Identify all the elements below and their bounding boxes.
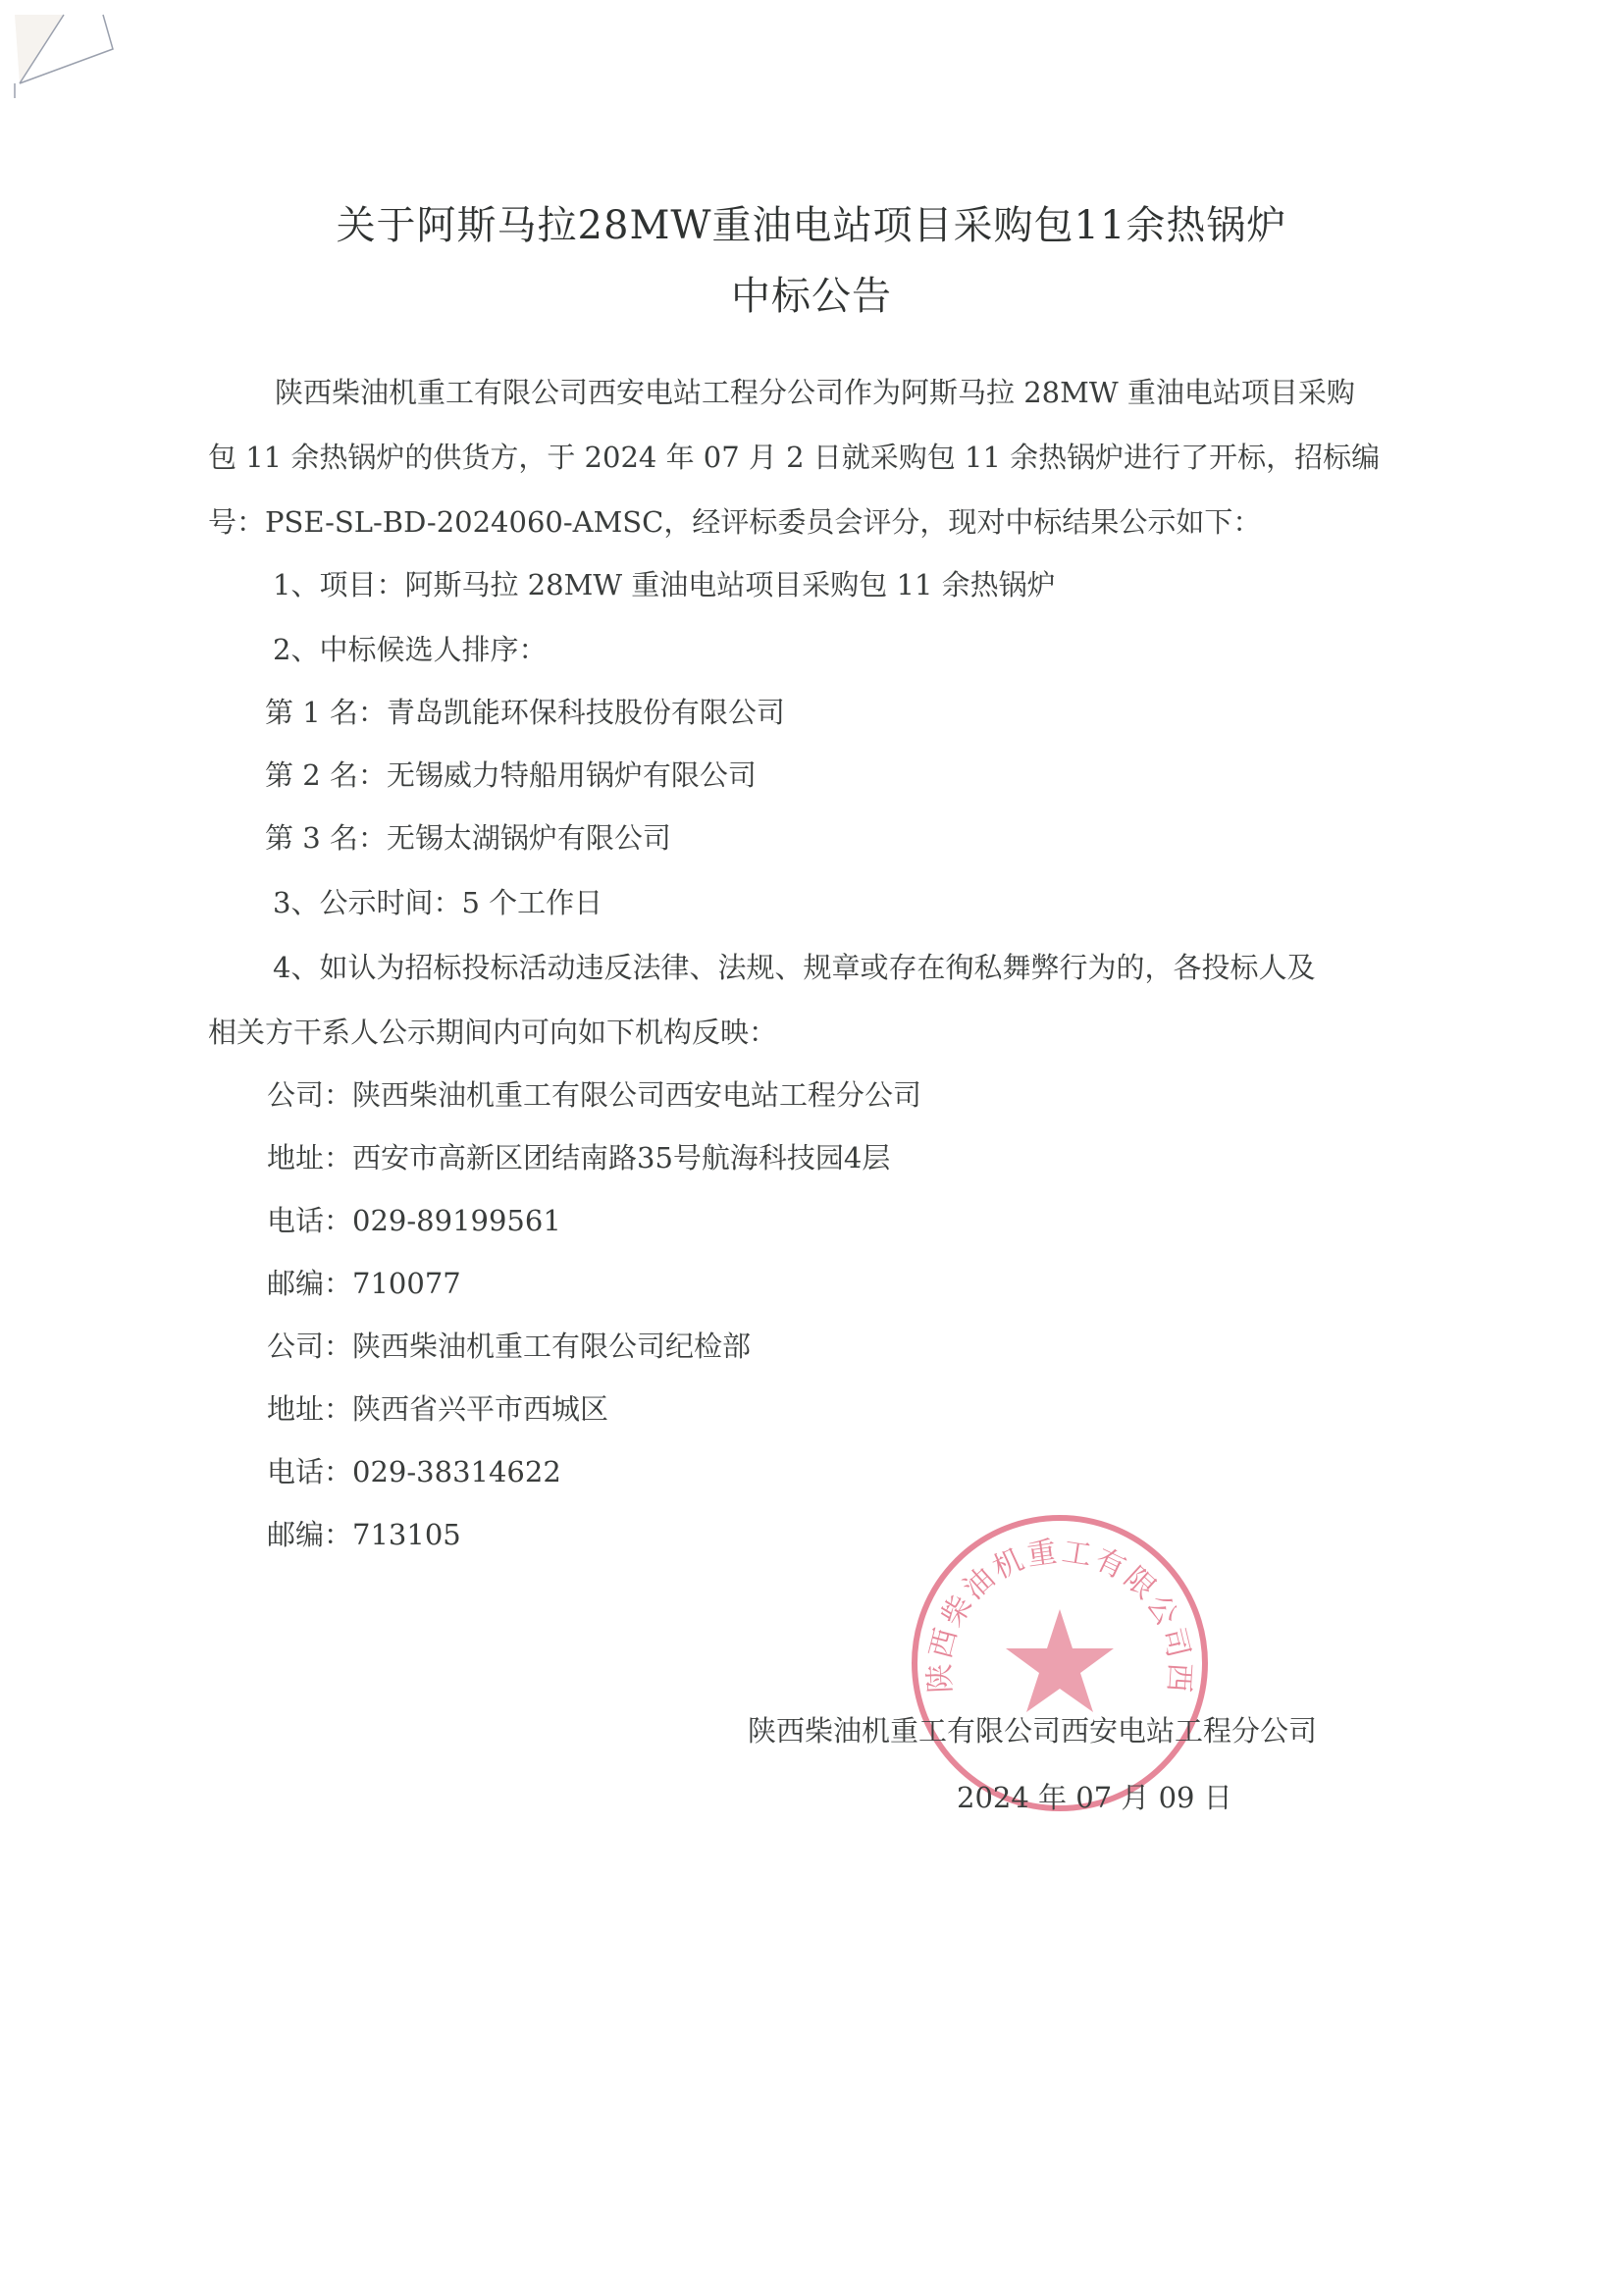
intro-line-2: 包 11 余热锅炉的供货方，于 2024 年 07 月 2 日就采购包 11 余…	[208, 436, 1380, 476]
contact-label: 公司：	[267, 1330, 352, 1363]
contact-phone-2: 电话：029-38314622	[267, 1450, 561, 1490]
candidate-1: 第 1 名：青岛凯能环保科技股份有限公司	[265, 691, 785, 731]
item-complaint-line-1: 4、如认为招标投标活动违反法律、法规、规章或存在徇私舞弊行为的，各投标人及	[273, 946, 1315, 986]
contact-address-1: 地址：西安市高新区团结南路35号航海科技园4层	[267, 1136, 890, 1176]
candidate-name: 青岛凯能环保科技股份有限公司	[387, 696, 785, 729]
document-subtitle: 中标公告	[0, 265, 1623, 321]
contact-phone-1: 电话：029-89199561	[267, 1199, 561, 1239]
contact-label: 电话：	[267, 1204, 352, 1237]
contact-label: 邮编：	[267, 1518, 352, 1551]
contact-label: 地址：	[267, 1392, 352, 1426]
contact-postcode-1: 邮编：710077	[267, 1262, 461, 1302]
candidate-rank: 第 2 名：	[265, 758, 387, 792]
contact-label: 电话：	[267, 1455, 352, 1488]
signature-date: 2024 年 07 月 09 日	[957, 1776, 1232, 1816]
contact-value: 029-89199561	[352, 1204, 561, 1237]
intro-line-1: 陕西柴油机重工有限公司西安电站工程分公司作为阿斯马拉 28MW 重油电站项目采购	[275, 371, 1355, 411]
candidate-3: 第 3 名：无锡太湖锅炉有限公司	[265, 816, 671, 857]
contact-value: 710077	[352, 1267, 461, 1300]
document-title: 关于阿斯马拉28MW重油电站项目采购包11余热锅炉	[0, 194, 1623, 250]
contact-value: 西安市高新区团结南路35号航海科技园4层	[352, 1141, 890, 1174]
item-candidates-heading: 2、中标候选人排序：	[273, 628, 547, 668]
contact-label: 公司：	[267, 1078, 352, 1112]
contact-company-1: 公司：陕西柴油机重工有限公司西安电站工程分公司	[267, 1073, 921, 1114]
item-project: 1、项目：阿斯马拉 28MW 重油电站项目采购包 11 余热锅炉	[273, 563, 1056, 603]
item-complaint-line-2: 相关方干系人公示期间内可向如下机构反映：	[208, 1011, 777, 1051]
contact-value: 陕西省兴平市西城区	[352, 1392, 608, 1426]
signature-organization: 陕西柴油机重工有限公司西安电站工程分公司	[748, 1709, 1317, 1749]
candidate-2: 第 2 名：无锡威力特船用锅炉有限公司	[265, 754, 757, 794]
candidate-name: 无锡太湖锅炉有限公司	[387, 821, 671, 855]
contact-postcode-2: 邮编：713105	[267, 1513, 461, 1553]
contact-address-2: 地址：陕西省兴平市西城区	[267, 1387, 608, 1428]
candidate-rank: 第 3 名：	[265, 821, 387, 855]
contact-company-2: 公司：陕西柴油机重工有限公司纪检部	[267, 1325, 751, 1365]
contact-value: 713105	[352, 1518, 461, 1551]
contact-value: 陕西柴油机重工有限公司西安电站工程分公司	[352, 1078, 921, 1112]
company-seal-icon: 陕西柴油机重工有限公司西安电站工程分公司	[903, 1506, 1217, 1820]
candidate-rank: 第 1 名：	[265, 696, 387, 729]
contact-value: 029-38314622	[352, 1455, 561, 1488]
intro-line-3: 号：PSE-SL-BD-2024060-AMSC，经评标委员会评分，现对中标结果…	[208, 500, 1261, 541]
contact-label: 地址：	[267, 1141, 352, 1174]
item-publicity-period: 3、公示时间：5 个工作日	[273, 881, 602, 921]
candidate-name: 无锡威力特船用锅炉有限公司	[387, 758, 757, 792]
contact-label: 邮编：	[267, 1267, 352, 1300]
page-corner-fold	[0, 0, 128, 98]
contact-value: 陕西柴油机重工有限公司纪检部	[352, 1330, 751, 1363]
